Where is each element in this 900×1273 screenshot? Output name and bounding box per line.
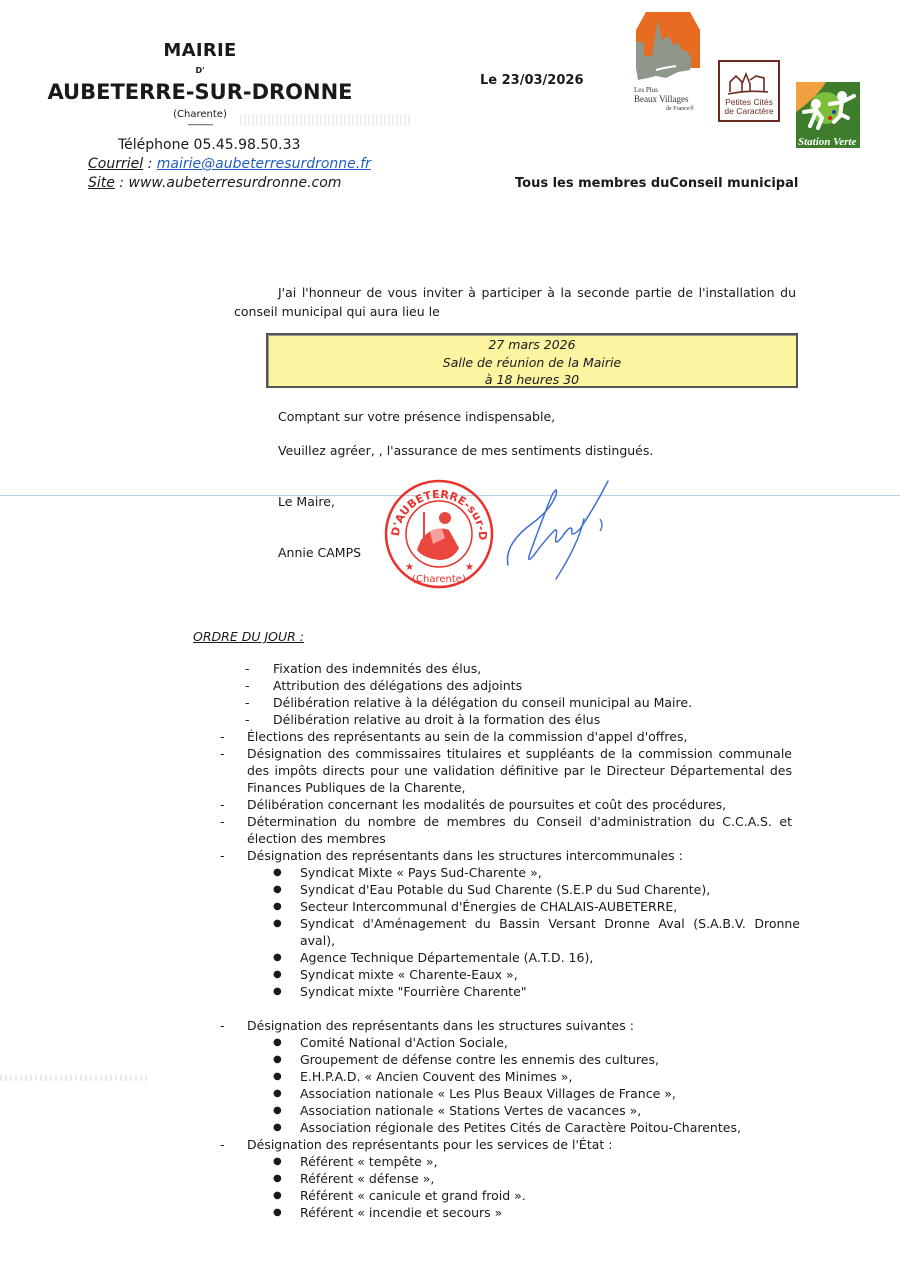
agenda-item-text: Détermination du nombre de membres du Co… (247, 813, 792, 847)
agenda-list: -Fixation des indemnités des élus,-Attri… (0, 660, 900, 1221)
letter-date: Le 23/03/2026 (480, 73, 584, 88)
village-church-icon: Les Plus Beaux Villages de France® (628, 12, 708, 116)
signatory-title: Le Maire, (278, 492, 335, 511)
pcc-label: Petites Cités de Caractère (720, 98, 778, 116)
dash-bullet-icon: - (220, 796, 225, 813)
agenda-subitem-text: Agence Technique Départementale (A.T.D. … (300, 949, 800, 966)
site-url: www.aubeterresurdronne.com (129, 175, 342, 191)
houses-icon (720, 66, 778, 98)
official-seal-icon: MAIRIE D'AUBETERRE-sur-DRONNE (Charente)… (383, 478, 495, 590)
agenda-item-text: Désignation des représentants dans les s… (247, 847, 792, 864)
agenda-item-text: Désignation des représentants dans les s… (247, 1017, 792, 1034)
agenda-subitem: ●Syndicat mixte « Charente-Eaux », (0, 966, 900, 983)
agenda-subitem-text: Association régionale des Petites Cités … (300, 1119, 800, 1136)
agenda-item: -Délibération concernant les modalités d… (0, 796, 900, 813)
agenda-item-text: Attribution des délégations des adjoints (273, 677, 793, 694)
logo-station-verte: Station Verte (796, 82, 860, 148)
agenda-item: -Désignation des commissaires titulaires… (0, 745, 900, 796)
agenda-subitem-text: Comité National d'Action Sociale, (300, 1034, 800, 1051)
site-label: Site (88, 175, 115, 191)
agenda-item-text: Élections des représentants au sein de l… (247, 728, 792, 745)
logo-plus-beaux-villages: Les Plus Beaux Villages de France® (628, 12, 708, 116)
bullet-icon: ● (273, 1187, 282, 1204)
bullet-icon: ● (273, 1051, 282, 1068)
dash-bullet-icon: - (220, 1136, 225, 1153)
agenda-subitem: ●Groupement de défense contre les ennemi… (0, 1051, 900, 1068)
agenda-spacer (0, 1000, 900, 1017)
agenda-subitem-text: Référent « défense », (300, 1170, 800, 1187)
mayor-signature (500, 475, 620, 585)
agenda-item-text: Délibération relative à la délégation du… (273, 694, 793, 711)
svg-text:★: ★ (465, 562, 474, 573)
bullet-icon: ● (273, 983, 282, 1000)
svg-text:de France®: de France® (666, 105, 694, 112)
agenda-subitem: ●Association nationale « Les Plus Beaux … (0, 1085, 900, 1102)
agenda-subitem: ●Référent « canicule et grand froid ». (0, 1187, 900, 1204)
agenda-subitem: ●Référent « défense », (0, 1170, 900, 1187)
agenda-item-text: Fixation des indemnités des élus, (273, 660, 793, 677)
event-box: 27 mars 2026 Salle de réunion de la Mair… (266, 333, 798, 388)
children-playing-icon: Station Verte (796, 82, 860, 148)
svg-text:Station Verte: Station Verte (798, 136, 856, 148)
agenda-subitem: ●Syndicat mixte "Fourrière Charente" (0, 983, 900, 1000)
signature-scribble-icon (500, 475, 620, 585)
dash-bullet-icon: - (220, 813, 225, 830)
agenda-item: -Détermination du nombre de membres du C… (0, 813, 900, 847)
dash-bullet-icon: - (245, 694, 250, 711)
agenda-item: -Attribution des délégations des adjoint… (0, 677, 900, 694)
agenda-subitem-text: Référent « canicule et grand froid ». (300, 1187, 800, 1204)
logo-petites-cites: Petites Cités de Caractère (718, 60, 780, 122)
agenda-subitem-text: Syndicat mixte « Charente-Eaux », (300, 966, 800, 983)
agenda-item: -Désignation des représentants dans les … (0, 1017, 900, 1034)
agenda-item: -Désignation des représentants dans les … (0, 847, 900, 864)
email-line: Courriel : mairie@aubeterresurdronne.fr (88, 156, 371, 172)
dash-bullet-icon: - (220, 1017, 225, 1034)
recipient: Tous les membres duConseil municipal (515, 176, 798, 191)
agenda-subitem: ●Association régionale des Petites Cités… (0, 1119, 900, 1136)
event-time: à 18 heures 30 (268, 371, 796, 389)
bullet-icon: ● (273, 1204, 282, 1221)
dash-bullet-icon: - (220, 847, 225, 864)
agenda-subitem-text: Référent « incendie et secours » (300, 1204, 800, 1221)
bullet-icon: ● (273, 949, 282, 966)
agenda-item-text: Désignation des représentants pour les s… (247, 1136, 792, 1153)
agenda-subitem: ●Référent « tempête », (0, 1153, 900, 1170)
svg-text:Les Plus: Les Plus (634, 86, 658, 94)
bullet-icon: ● (273, 1085, 282, 1102)
agenda-subitem: ●Agence Technique Départementale (A.T.D.… (0, 949, 900, 966)
agenda-subitem: ●Syndicat d'Eau Potable du Sud Charente … (0, 881, 900, 898)
closing-line-1: Comptant sur votre présence indispensabl… (278, 407, 555, 426)
agenda-subitem-text: E.H.P.A.D. « Ancien Couvent des Minimes … (300, 1068, 800, 1085)
agenda-item: -Fixation des indemnités des élus, (0, 660, 900, 677)
svg-text:★: ★ (405, 562, 414, 573)
bullet-icon: ● (273, 1034, 282, 1051)
site-line: Site : www.aubeterresurdronne.com (88, 175, 341, 191)
dash-bullet-icon: - (220, 745, 225, 762)
bullet-icon: ● (273, 881, 282, 898)
bullet-icon: ● (273, 864, 282, 881)
agenda-subitem-text: Syndicat mixte "Fourrière Charente" (300, 983, 800, 1000)
mairie-stamp: MAIRIE D'AUBETERRE-sur-DRONNE (Charente)… (383, 478, 495, 590)
agenda-subitem: ●Référent « incendie et secours » (0, 1204, 900, 1221)
email-label: Courriel (88, 156, 143, 172)
scan-noise (240, 115, 410, 125)
agenda-item-text: Désignation des commissaires titulaires … (247, 745, 792, 796)
agenda-subitem-text: Groupement de défense contre les ennemis… (300, 1051, 800, 1068)
dash-bullet-icon: - (220, 728, 225, 745)
agenda-subitem: ●Association nationale « Stations Vertes… (0, 1102, 900, 1119)
town-name: AUBETERRE-SUR-DRONNE (0, 80, 400, 104)
bullet-icon: ● (273, 1068, 282, 1085)
agenda-subitem: ●Comité National d'Action Sociale, (0, 1034, 900, 1051)
event-place: Salle de réunion de la Mairie (268, 354, 796, 372)
dash-bullet-icon: - (245, 660, 250, 677)
dash-bullet-icon: - (245, 711, 250, 728)
agenda-subitem: ●Syndicat Mixte « Pays Sud-Charente », (0, 864, 900, 881)
svg-text:Beaux Villages: Beaux Villages (634, 94, 689, 104)
closing-line-2: Veuillez agréer, , l'assurance de mes se… (278, 441, 653, 460)
agenda-subitem-text: Référent « tempête », (300, 1153, 800, 1170)
bullet-icon: ● (273, 1102, 282, 1119)
svg-text:(Charente): (Charente) (412, 574, 466, 585)
bullet-icon: ● (273, 966, 282, 983)
dash-bullet-icon: - (245, 677, 250, 694)
agenda-title: ORDRE DU JOUR : (193, 629, 304, 644)
bullet-icon: ● (273, 898, 282, 915)
agenda-subitem-text: Association nationale « Stations Vertes … (300, 1102, 800, 1119)
agenda-subitem-text: Syndicat d'Aménagement du Bassin Versant… (300, 915, 800, 949)
bullet-icon: ● (273, 1119, 282, 1136)
bullet-icon: ● (273, 1170, 282, 1187)
signatory-name: Annie CAMPS (278, 543, 361, 562)
scan-noise (0, 1075, 150, 1081)
agenda-subitem-text: Syndicat d'Eau Potable du Sud Charente (… (300, 881, 800, 898)
mairie-title: MAIRIE (0, 40, 400, 61)
event-date: 27 mars 2026 (268, 336, 796, 354)
intro-paragraph: J'ai l'honneur de vous inviter à partici… (234, 283, 796, 321)
email-link[interactable]: mairie@aubeterresurdronne.fr (157, 156, 371, 172)
agenda-item: -Délibération relative à la délégation d… (0, 694, 900, 711)
agenda-subitem-text: Secteur Intercommunal d'Énergies de CHAL… (300, 898, 800, 915)
agenda-item: -Désignation des représentants pour les … (0, 1136, 900, 1153)
agenda-subitem: ●Secteur Intercommunal d'Énergies de CHA… (0, 898, 900, 915)
agenda-item-text: Délibération concernant les modalités de… (247, 796, 792, 813)
agenda-item: -Délibération relative au droit à la for… (0, 711, 900, 728)
mairie-de: D' (0, 66, 400, 75)
agenda-subitem: ●Syndicat d'Aménagement du Bassin Versan… (0, 915, 900, 949)
bullet-icon: ● (273, 1153, 282, 1170)
telephone: Téléphone 05.45.98.50.33 (118, 137, 300, 153)
agenda-subitem-text: Syndicat Mixte « Pays Sud-Charente », (300, 864, 800, 881)
agenda-subitem-text: Association nationale « Les Plus Beaux V… (300, 1085, 800, 1102)
agenda-item: -Élections des représentants au sein de … (0, 728, 900, 745)
bullet-icon: ● (273, 915, 282, 932)
agenda-item-text: Délibération relative au droit à la form… (273, 711, 793, 728)
